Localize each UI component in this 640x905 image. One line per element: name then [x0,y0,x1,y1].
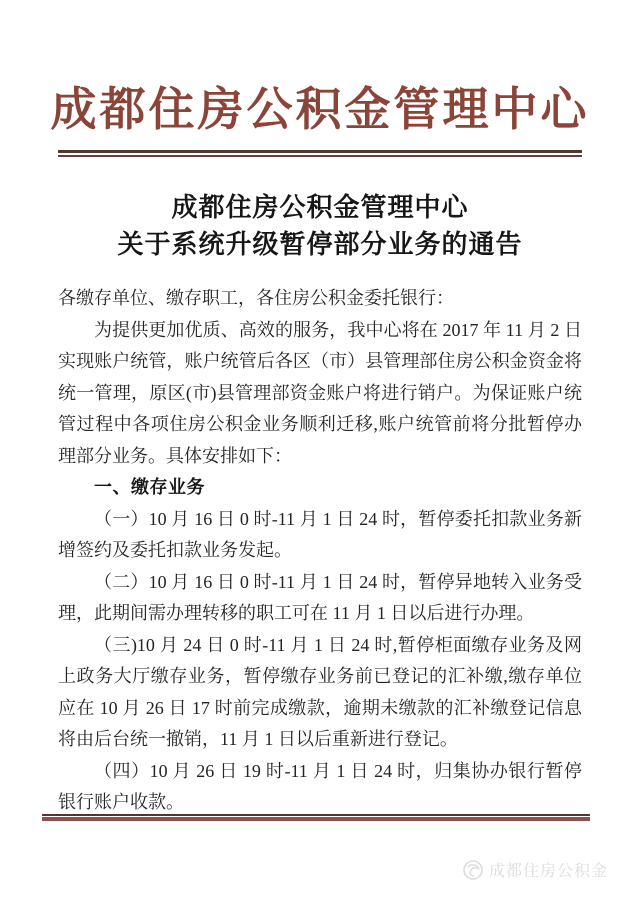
provident-fund-logo-icon [462,859,484,881]
list-item-2: （二）10 月 16 日 0 时-11 月 1 日 24 时，暂停异地转入业务受… [58,567,582,630]
letterhead-double-rule [58,150,582,157]
list-item-4: （四）10 月 26 日 19 时-11 月 1 日 24 时，归集协办银行暂停… [58,756,582,819]
watermark: 成都住房公积金 [462,858,608,881]
notice-document-page: 成都住房公积金管理中心 成都住房公积金管理中心 关于系统升级暂停部分业务的通告 … [0,0,640,905]
salutation-line: 各缴存单位、缴存职工，各住房公积金委托银行： [58,283,582,315]
notice-body: 各缴存单位、缴存职工，各住房公积金委托银行： 为提供更加优质、高效的服务，我中心… [58,283,582,819]
notice-title-line2: 关于系统升级暂停部分业务的通告 [0,226,640,263]
letterhead-org-name: 成都住房公积金管理中心 [0,0,640,140]
footer-rule-thick-line [42,817,590,821]
intro-paragraph: 为提供更加优质、高效的服务，我中心将在 2017 年 11 月 2 日实现账户统… [58,315,582,473]
notice-title: 成都住房公积金管理中心 关于系统升级暂停部分业务的通告 [0,189,640,263]
list-item-1: （一）10 月 16 日 0 时-11 月 1 日 24 时，暂停委托扣款业务新… [58,504,582,567]
footer-double-rule [42,814,590,821]
watermark-label: 成都住房公积金 [489,858,608,881]
notice-title-line1: 成都住房公积金管理中心 [0,189,640,226]
list-item-3: （三)10 月 24 日 0 时-11 月 1 日 24 时,暂停柜面缴存业务及… [58,630,582,756]
section-heading-deposit-business: 一、缴存业务 [58,472,582,504]
